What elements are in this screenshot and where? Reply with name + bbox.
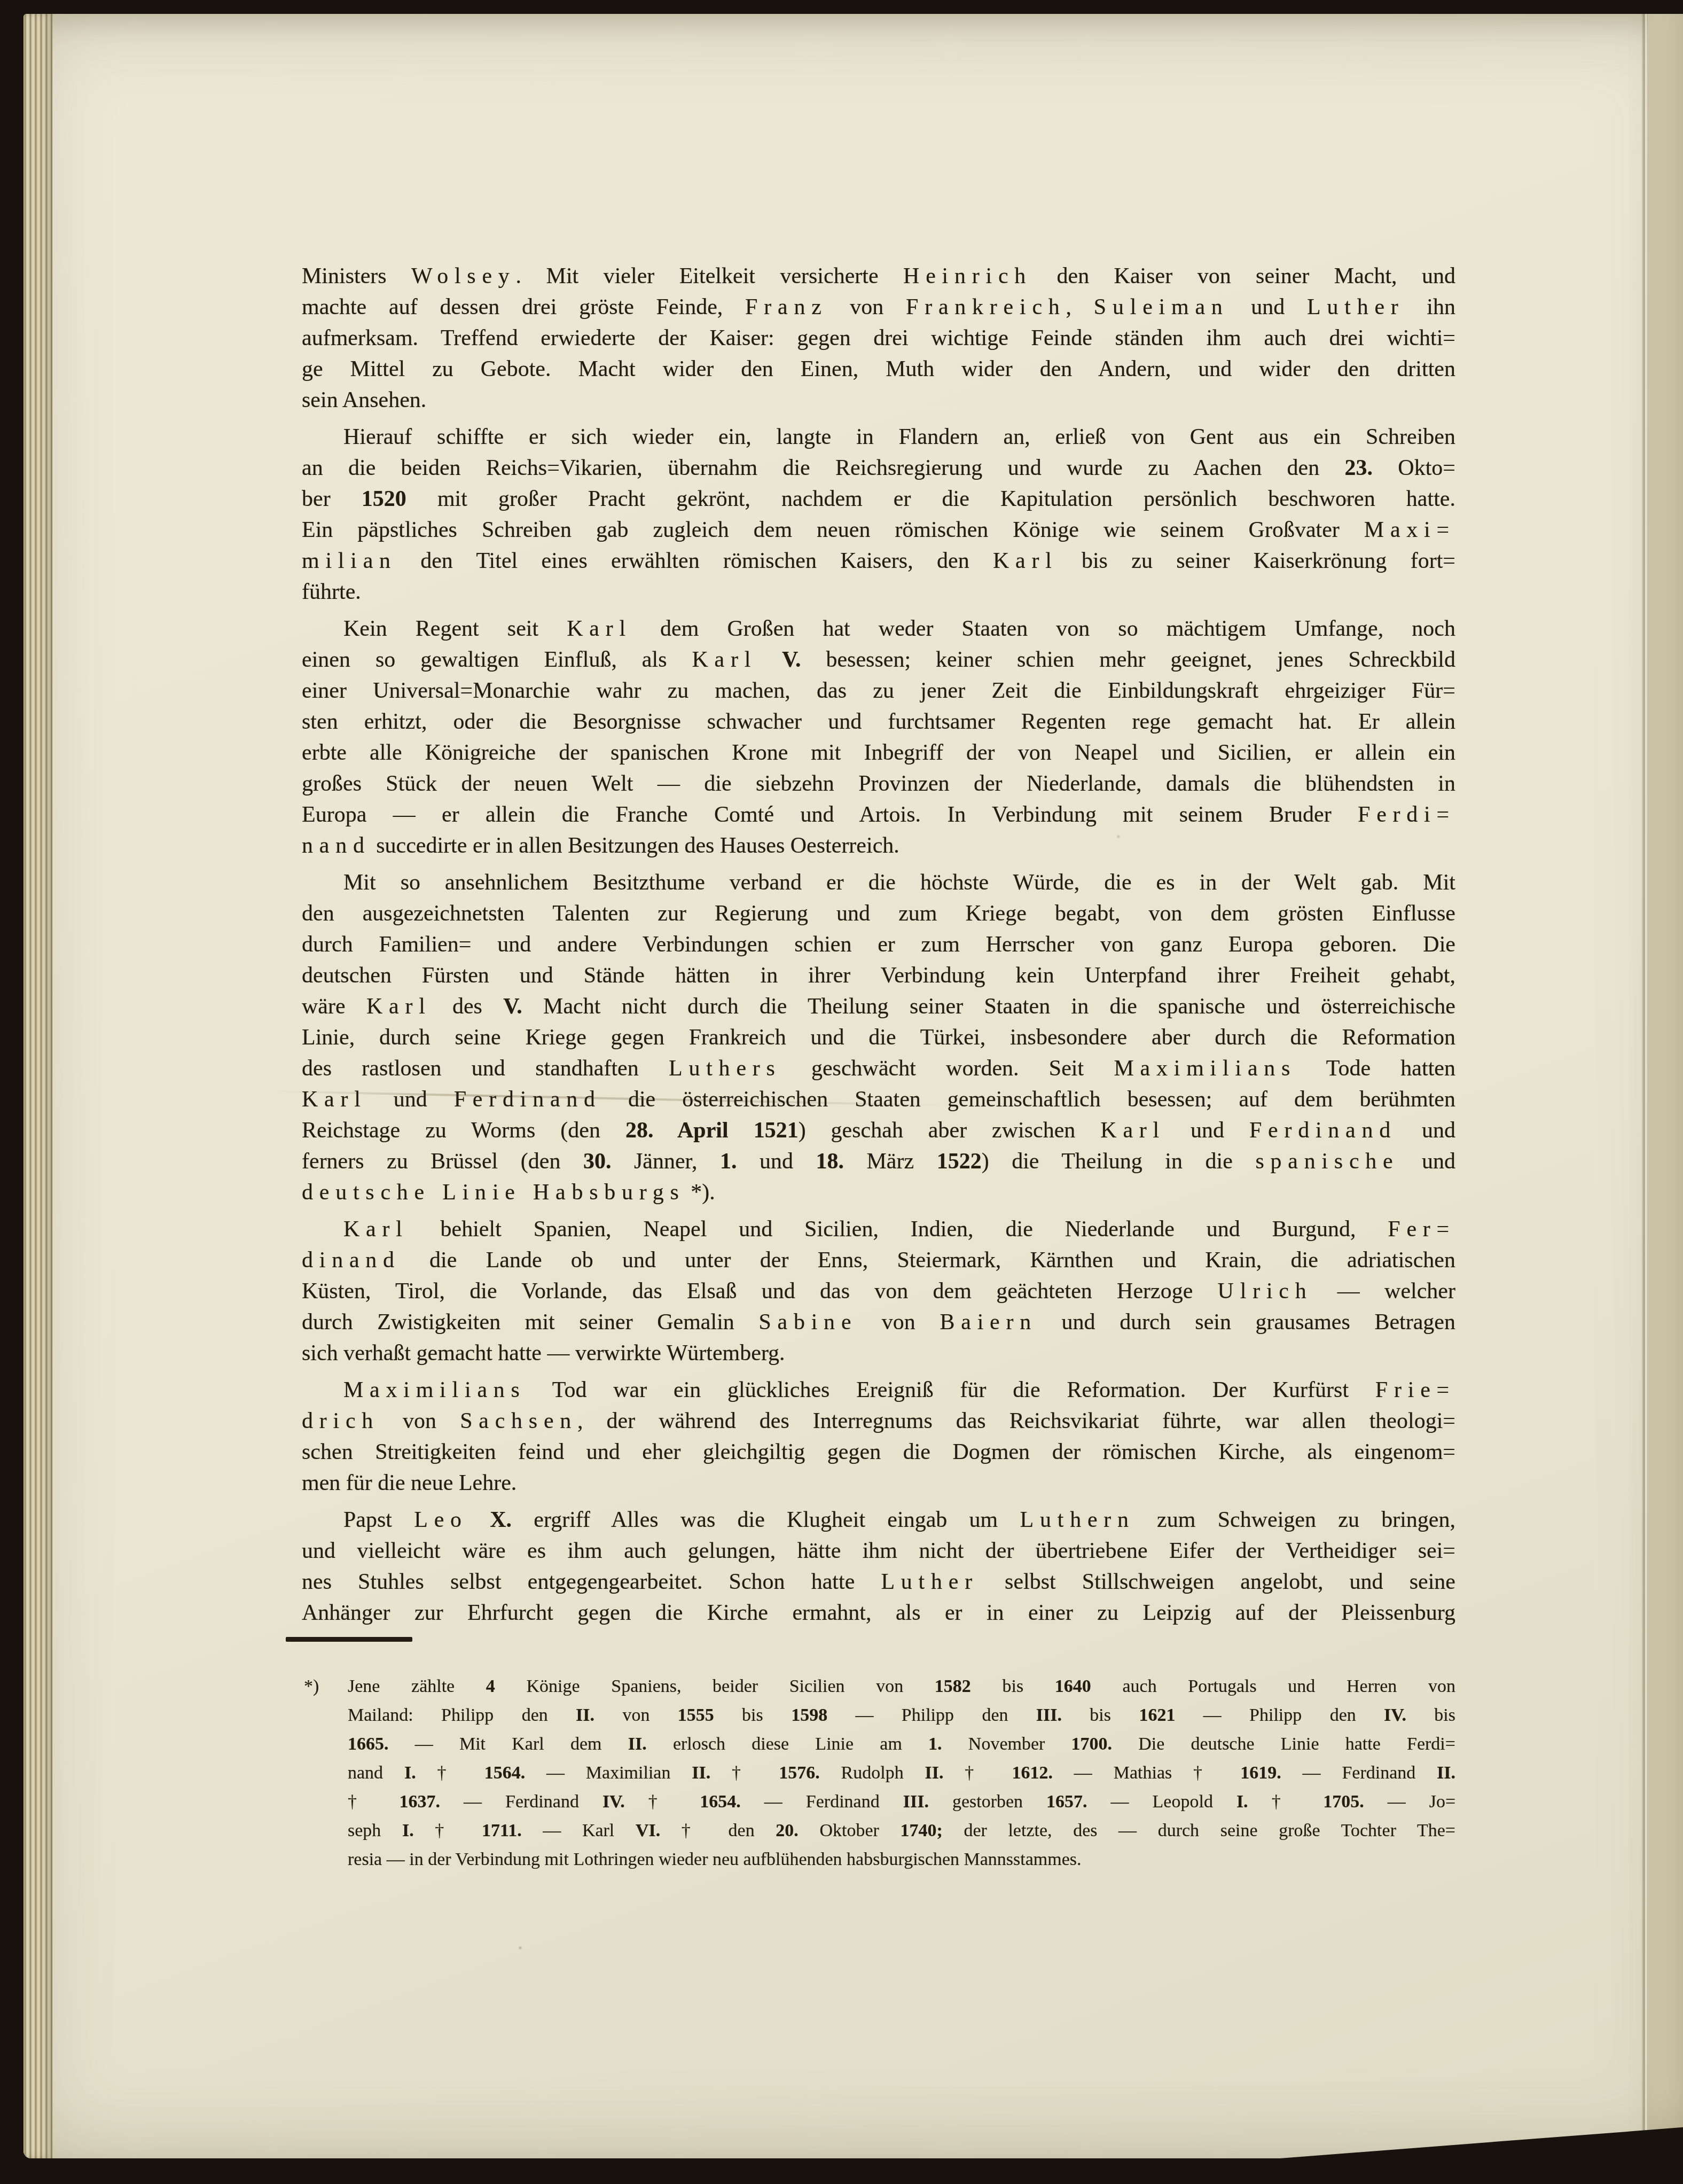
text-line: Jene zählte 4 Könige Spaniens, beider Si… (348, 1672, 1455, 1701)
text-line: sich verhaßt gemacht hatte — verwirkte W… (302, 1338, 1455, 1369)
text-line: wäre Karl des V. Macht nicht durch die T… (302, 991, 1455, 1022)
text-line: milian den Titel eines erwählten römisch… (302, 545, 1455, 576)
footnote-marker: *) (304, 1672, 319, 1701)
text-line: Europa — er allein die Franche Comté und… (302, 799, 1455, 830)
text-line: 1665. — Mit Karl dem II. erlosch diese L… (348, 1730, 1455, 1759)
text-line: den ausgezeichnetsten Talenten zur Regie… (302, 898, 1455, 929)
text-line: sein Ansehen. (302, 385, 1455, 416)
text-line: Ein päpstliches Schreiben gab zugleich d… (302, 514, 1455, 545)
footnote-lines: Jene zählte 4 Könige Spaniens, beider Si… (348, 1672, 1455, 1874)
text-line: aufmerksam. Treffend erwiederte der Kais… (302, 323, 1455, 354)
text-line: Mailand: Philipp den II. von 1555 bis 15… (348, 1701, 1455, 1730)
text-line: Reichstage zu Worms (den 28. April 1521)… (302, 1115, 1455, 1146)
text-line: Karl und Ferdinand die österreichischen … (302, 1084, 1455, 1115)
text-line: durch Zwistigkeiten mit seiner Gemalin S… (302, 1307, 1455, 1338)
text-line: Papst Leo X. ergriff Alles was die Klugh… (302, 1504, 1455, 1535)
text-line: ferners zu Brüssel (den 30. Jänner, 1. u… (302, 1146, 1455, 1177)
text-line: durch Familien= und andere Verbindungen … (302, 929, 1455, 960)
text-line: Ministers Wolsey. Mit vieler Eitelkeit v… (302, 261, 1455, 292)
text-line: Anhänger zur Ehrfurcht gegen die Kirche … (302, 1597, 1455, 1628)
text-line: dinand die Lande ob und unter der Enns, … (302, 1245, 1455, 1276)
footnote: *) Jene zählte 4 Könige Spaniens, beider… (348, 1672, 1455, 1874)
text-line: an die beiden Reichs=Vikarien, übernahm … (302, 453, 1455, 483)
text-line: und vielleicht wäre es ihm auch gelungen… (302, 1535, 1455, 1566)
text-line: großes Stück der neuen Welt — die siebze… (302, 768, 1455, 799)
text-line: Maximilians Tod war ein glückliches Erei… (302, 1375, 1455, 1406)
text-line: sten erhitzt, oder die Besorgnisse schwa… (302, 706, 1455, 737)
text-line: deutsche Linie Habsburgs *). (302, 1177, 1455, 1208)
page-fold (1641, 14, 1648, 2158)
text-line: Kein Regent seit Karl dem Großen hat wed… (302, 613, 1455, 644)
paragraph: Maximilians Tod war ein glückliches Erei… (302, 1375, 1455, 1499)
text-line: Hierauf schiffte er sich wieder ein, lan… (302, 422, 1455, 453)
text-line: erbte alle Königreiche der spanischen Kr… (302, 737, 1455, 768)
paragraph: Kein Regent seit Karl dem Großen hat wed… (302, 613, 1455, 861)
text-line: deutschen Fürsten und Stände hätten in i… (302, 960, 1455, 991)
paragraph: Ministers Wolsey. Mit vieler Eitelkeit v… (302, 261, 1455, 416)
text-line: Küsten, Tirol, die Vorlande, das Elsaß u… (302, 1276, 1455, 1307)
text-line: schen Streitigkeiten feind und eher glei… (302, 1437, 1455, 1468)
text-line: seph I. † 1711. — Karl VI. † den 20. Okt… (348, 1816, 1455, 1845)
text-line: Linie, durch seine Kriege gegen Frankrei… (302, 1022, 1455, 1053)
paragraph: Papst Leo X. ergriff Alles was die Klugh… (302, 1504, 1455, 1628)
text-line: resia — in der Verbindung mit Lothringen… (348, 1845, 1455, 1874)
book-scan: Ministers Wolsey. Mit vieler Eitelkeit v… (0, 0, 1683, 2184)
text-line: führte. (302, 576, 1455, 607)
text-line: einen so gewaltigen Einfluß, als Karl V.… (302, 644, 1455, 675)
text-line: Mit so ansehnlichem Besitzthume verband … (302, 867, 1455, 898)
book-page: Ministers Wolsey. Mit vieler Eitelkeit v… (24, 14, 1683, 2158)
text-line: † 1637. — Ferdinand IV. † 1654. — Ferdin… (348, 1788, 1455, 1816)
text-line: men für die neue Lehre. (302, 1468, 1455, 1499)
main-text: Ministers Wolsey. Mit vieler Eitelkeit v… (302, 261, 1455, 1628)
text-line: nand I. † 1564. — Maximilian II. † 1576.… (348, 1759, 1455, 1788)
text-line: einer Universal=Monarchie wahr zu machen… (302, 675, 1455, 706)
text-line: ge Mittel zu Gebote. Macht wider den Ein… (302, 354, 1455, 385)
text-line: nes Stuhles selbst entgegengearbeitet. S… (302, 1566, 1455, 1597)
footnote-separator (286, 1637, 412, 1642)
text-line: ber 1520 mit großer Pracht gekrönt, nach… (302, 483, 1455, 514)
paragraph: Hierauf schiffte er sich wieder ein, lan… (302, 422, 1455, 607)
page-stack-edges (24, 14, 52, 2158)
text-line: nand succedirte er in allen Besitzungen … (302, 830, 1455, 861)
text-line: machte auf dessen drei gröste Feinde, Fr… (302, 292, 1455, 323)
page-bottom-shadow (1266, 2125, 1683, 2159)
text-line: des rastlosen und standhaften Luthers ge… (302, 1053, 1455, 1084)
paragraph: Mit so ansehnlichem Besitzthume verband … (302, 867, 1455, 1208)
text-line: drich von Sachsen, der während des Inter… (302, 1406, 1455, 1437)
paragraph: Karl behielt Spanien, Neapel und Sicilie… (302, 1214, 1455, 1369)
adjacent-page-edge (1648, 14, 1683, 2158)
text-line: Karl behielt Spanien, Neapel und Sicilie… (302, 1214, 1455, 1245)
